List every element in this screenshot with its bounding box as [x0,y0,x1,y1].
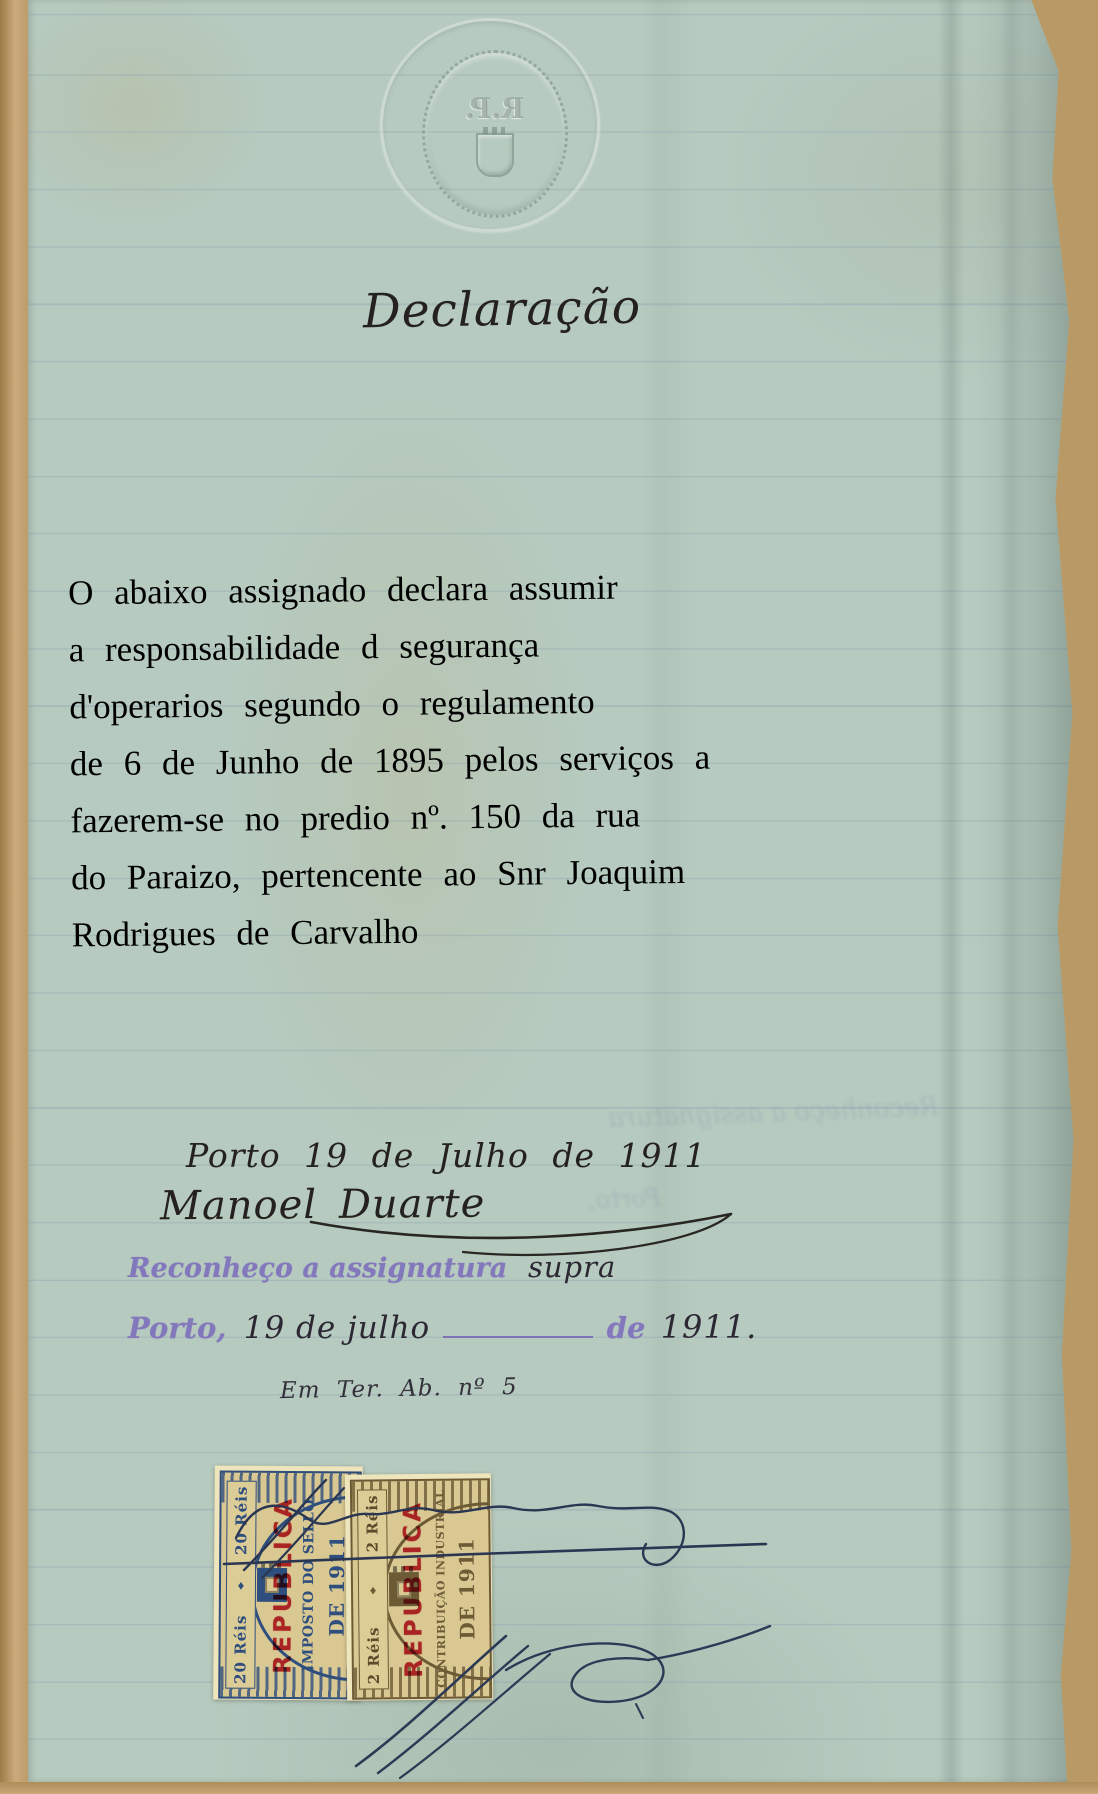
ink-transfer-ghost: Porto, [588,1184,662,1215]
stamp-title: CONTRIBUIÇÃO INDUSTRIAL [433,1490,448,1688]
scanned-document-photo: R.P. Declaração O abaixo assignado decla… [0,0,1098,1794]
stamp-design: 2 Réis ♦ 2 Réis CONTRIBUIÇÃO INDUSTRIAL … [350,1478,492,1699]
body-line: d'operarios segundo o regulamento [69,681,710,745]
revenue-stamp-imposto-do-sello: 20 Réis ♦ 20 Réis IMPOSTO DO SELLO DE 19… [213,1465,363,1700]
stamp-value: 2 Réis [364,1627,383,1685]
book-edge-left [0,0,28,1794]
stamp-value: 2 Réis [363,1494,382,1552]
stamp-de: de [607,1311,646,1345]
witness-note: Em Ter. Ab. nº 5 [280,1374,518,1404]
supra-handwritten: supra [528,1250,616,1284]
body-line: de 6 de Junho de 1895 pelos serviços a [70,738,711,802]
stamp-year: DE 1911 [454,1537,479,1639]
stamp-value: 20 Réis [231,1614,249,1683]
declarant-signature: Manoel Duarte [160,1181,486,1230]
embossed-seal: R.P. [380,18,600,233]
stamp-rule-line [443,1336,593,1338]
stamp-value-band: 2 Réis ♦ 2 Réis [357,1489,389,1689]
page-edge-shadow [974,0,1084,1782]
body-line: fazerem-se no predio nº. 150 da rua [70,795,711,859]
paper-crease [938,0,964,1782]
body-line: Rodrigues de Carvalho [72,909,713,973]
body-line: do Paraizo, pertencente ao Snr Joaquim [71,852,712,916]
recognition-stamp-text: Reconheço a assignatura [128,1253,507,1284]
paper-crease [998,0,1024,1782]
declaration-body: O abaixo assignado declara assumir a res… [68,567,712,973]
body-line: a responsabilidade d segurança [69,624,710,688]
stamp-value-band: 20 Réis ♦ 20 Réis [225,1481,256,1689]
notary-date-line: Porto, 19 de julho de 1911. [128,1308,757,1346]
stamp-title: IMPOSTO DO SELLO [300,1499,317,1671]
republica-overprint: REPUBLICA [268,1496,297,1674]
stamp-city: Porto, [128,1311,226,1345]
handwritten-year: 1911. [661,1308,758,1346]
document-title: Declaração [363,280,642,340]
body-line: O abaixo assignado declara assumir [68,567,709,631]
coat-of-arms-icon [476,133,514,177]
notary-recognition-line: Reconheço a assignatura supra [128,1250,616,1284]
dateline: Porto 19 de Julho de 1911 [186,1136,707,1175]
republica-overprint: REPUBLICA [398,1500,428,1678]
stamp-design: 20 Réis ♦ 20 Réis IMPOSTO DO SELLO DE 19… [218,1471,362,1700]
crown-icon: ♦ [370,1583,377,1596]
handwritten-day-month: 19 de julho [244,1310,430,1346]
paper-sheet: R.P. Declaração O abaixo assignado decla… [28,0,1084,1782]
seal-oval: R.P. [422,50,568,218]
crown-icon: ♦ [238,1578,245,1591]
revenue-stamp-contribuicao-industrial: 2 Réis ♦ 2 Réis CONTRIBUIÇÃO INDUSTRIAL … [345,1473,493,1701]
stamp-value: 20 Réis [232,1486,250,1555]
book-edge-bottom [0,1782,1098,1794]
seal-initials: R.P. [465,92,524,125]
